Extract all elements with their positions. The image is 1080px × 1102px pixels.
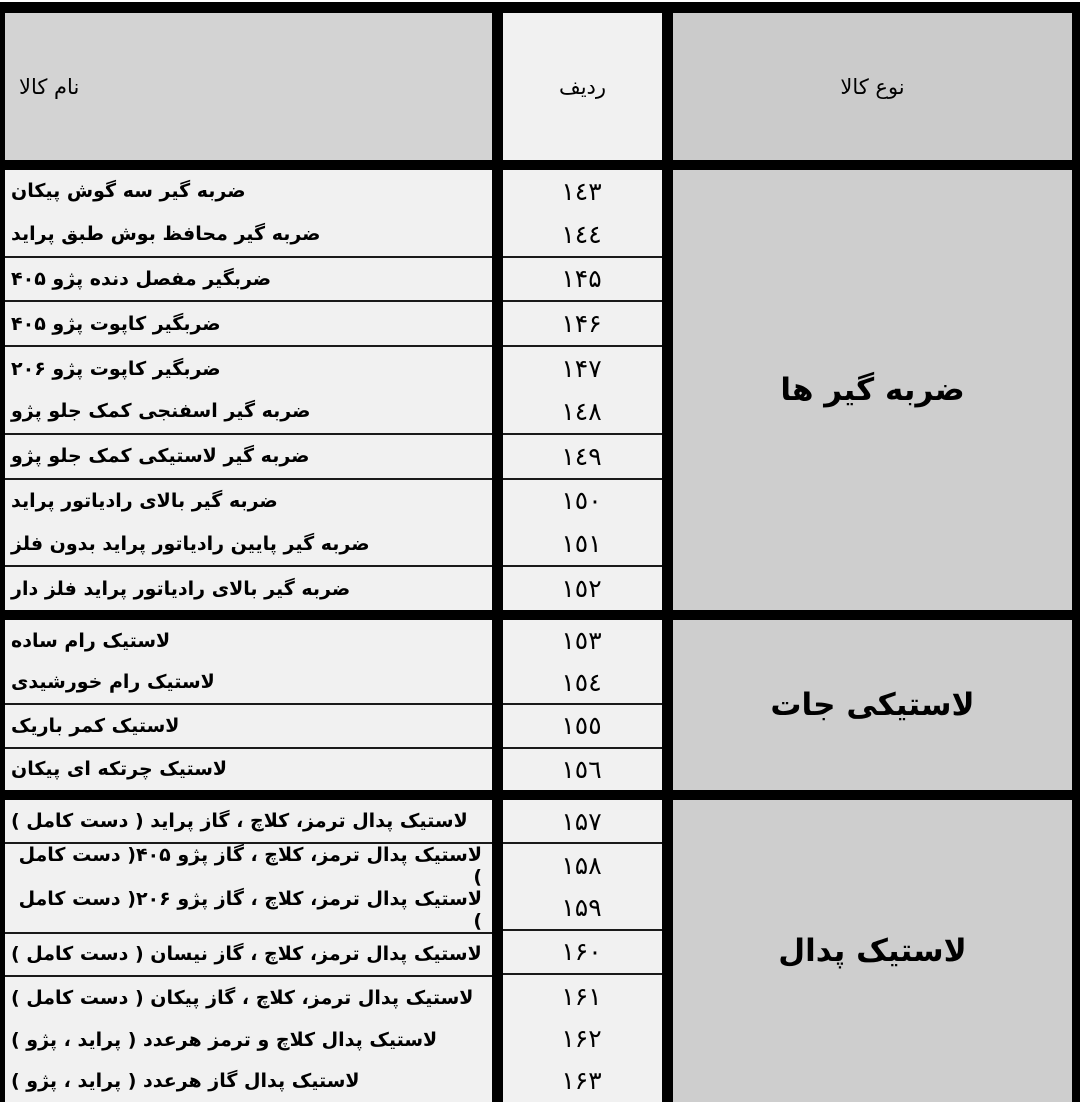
product-name-cell: ضربه گیر بالای رادیاتور پراید <box>5 480 492 523</box>
row-number-cell: ١٥٣ <box>503 620 662 662</box>
row-number-column: ١٥٣١٥٤١٥٥١٥٦ <box>503 620 662 790</box>
vertical-border <box>492 13 503 160</box>
product-name-cell: لاستیک پدال ترمز، کلاچ ، گاز پژو ۲۰۶( دس… <box>5 888 492 934</box>
product-name-cell: ضربگیر کاپوت پژو ۲۰۶ <box>5 347 492 390</box>
row-number-cell: ۱۴۷ <box>503 347 662 390</box>
vertical-border <box>662 800 673 1102</box>
row-number-cell: ١٥٠ <box>503 480 662 523</box>
table-section-pedal-rubbers: لاستیک پدال ترمز، کلاچ ، گاز پراید ( دست… <box>5 800 1072 1102</box>
row-number-cell: ۱۵۹ <box>503 887 662 931</box>
column-header-product-type: نوع کالا <box>673 13 1072 160</box>
row-number-cell: ١٥٢ <box>503 567 662 610</box>
column-header-product-type-label: نوع کالا <box>840 75 904 99</box>
product-name-cell: ضربه گیر محافظ بوش طبق پراید <box>5 213 492 258</box>
vertical-border <box>662 170 673 610</box>
category-label: ضربه گیر ها <box>780 372 964 408</box>
product-name-cell: لاستیک پدال ترمز، کلاچ ، گاز پیکان ( دست… <box>5 977 492 1019</box>
product-name-cell: لاستیک پدال گاز هرعدد ( پراید ، پژو ) <box>5 1060 492 1102</box>
column-header-row-number-label: ردیف <box>559 75 606 99</box>
column-header-row-number: ردیف <box>503 13 662 160</box>
product-name-column: ضربه گیر سه گوش پیکانضربه گیر محافظ بوش … <box>5 170 492 610</box>
row-number-cell: ١٥٤ <box>503 662 662 706</box>
row-number-cell: ١٤٨ <box>503 390 662 435</box>
row-number-cell: ۱۶۳ <box>503 1060 662 1102</box>
row-number-cell: ۱۴۶ <box>503 302 662 347</box>
row-number-cell: ١٥١ <box>503 522 662 567</box>
product-name-cell: ضربه گیر لاستیکی کمک جلو پژو <box>5 435 492 480</box>
product-name-cell: ضربگیر مفصل دنده پژو ۴۰۵ <box>5 258 492 303</box>
product-name-column: لاستیک پدال ترمز، کلاچ ، گاز پراید ( دست… <box>5 800 492 1102</box>
product-name-cell: لاستیک پدال ترمز، کلاچ ، گاز پراید ( دست… <box>5 800 492 844</box>
vertical-border <box>662 13 673 160</box>
product-name-cell: ضربه گیر پایین رادیاتور پراید بدون فلز <box>5 522 492 567</box>
row-number-cell: ١٥٥ <box>503 705 662 749</box>
table-header-row: نام کالا ردیف نوع کالا <box>5 13 1072 160</box>
parts-price-table: نام کالا ردیف نوع کالا ضربه گیر سه گوش پ… <box>0 2 1080 1102</box>
product-name-cell: ضربه گیر بالای رادیاتور پراید فلز دار <box>5 567 492 610</box>
row-number-cell: ١٤٤ <box>503 213 662 258</box>
table-section-rubber-items: لاستیک رام سادهلاستیک رام خورشیدیلاستیک … <box>5 620 1072 790</box>
row-number-cell: ١٤٣ <box>503 170 662 213</box>
product-name-cell: ضربه گیر سه گوش پیکان <box>5 170 492 213</box>
row-number-cell: ۱۶۰ <box>503 931 662 975</box>
row-number-column: ۱۵۷۱۵۸۱۵۹۱۶۰۱۶۱۱۶۲۱۶۳ <box>503 800 662 1102</box>
section-divider <box>5 790 1072 800</box>
row-number-cell: ۱۶۱ <box>503 975 662 1017</box>
category-cell: ضربه گیر ها <box>673 170 1072 610</box>
product-name-cell: لاستیک رام ساده <box>5 620 492 662</box>
product-name-cell: لاستیک رام خورشیدی <box>5 662 492 706</box>
category-cell: لاستیک پدال <box>673 800 1072 1102</box>
row-number-cell: ۱۴۵ <box>503 258 662 303</box>
product-name-cell: لاستیک پدال ترمز، کلاچ ، گاز پژو ۴۰۵( دس… <box>5 844 492 888</box>
row-number-cell: ١٤٩ <box>503 435 662 480</box>
row-number-cell: ۱۵۷ <box>503 800 662 844</box>
product-name-cell: لاستیک پدال ترمز، کلاچ ، گاز نیسان ( دست… <box>5 934 492 978</box>
section-divider <box>5 160 1072 170</box>
section-divider <box>5 610 1072 620</box>
product-name-cell: لاستیک چرتکه ای پیکان <box>5 749 492 791</box>
product-name-cell: لاستیک کمر باریک <box>5 705 492 749</box>
category-cell: لاستیکی جات <box>673 620 1072 790</box>
product-name-column: لاستیک رام سادهلاستیک رام خورشیدیلاستیک … <box>5 620 492 790</box>
row-number-column: ١٤٣١٤٤۱۴۵۱۴۶۱۴۷١٤٨١٤٩١٥٠١٥١١٥٢ <box>503 170 662 610</box>
category-label: لاستیکی جات <box>770 687 974 723</box>
column-header-product-name-label: نام کالا <box>5 75 79 99</box>
document-page: نام کالا ردیف نوع کالا ضربه گیر سه گوش پ… <box>0 0 1080 1102</box>
row-number-cell: ۱۵۸ <box>503 844 662 886</box>
column-header-product-name: نام کالا <box>5 13 492 160</box>
vertical-border <box>492 170 503 610</box>
product-name-cell: ضربه گیر اسفنجی کمک جلو پژو <box>5 390 492 435</box>
vertical-border <box>492 620 503 790</box>
product-name-cell: لاستیک پدال کلاچ و ترمز هرعدد ( پراید ، … <box>5 1019 492 1061</box>
vertical-border <box>492 800 503 1102</box>
category-label: لاستیک پدال <box>778 933 966 969</box>
row-number-cell: ١٥٦ <box>503 749 662 791</box>
product-name-cell: ضربگیر کاپوت پژو ۴۰۵ <box>5 302 492 347</box>
row-number-cell: ۱۶۲ <box>503 1017 662 1059</box>
vertical-border <box>662 620 673 790</box>
table-section-shock-absorbers: ضربه گیر سه گوش پیکانضربه گیر محافظ بوش … <box>5 170 1072 610</box>
